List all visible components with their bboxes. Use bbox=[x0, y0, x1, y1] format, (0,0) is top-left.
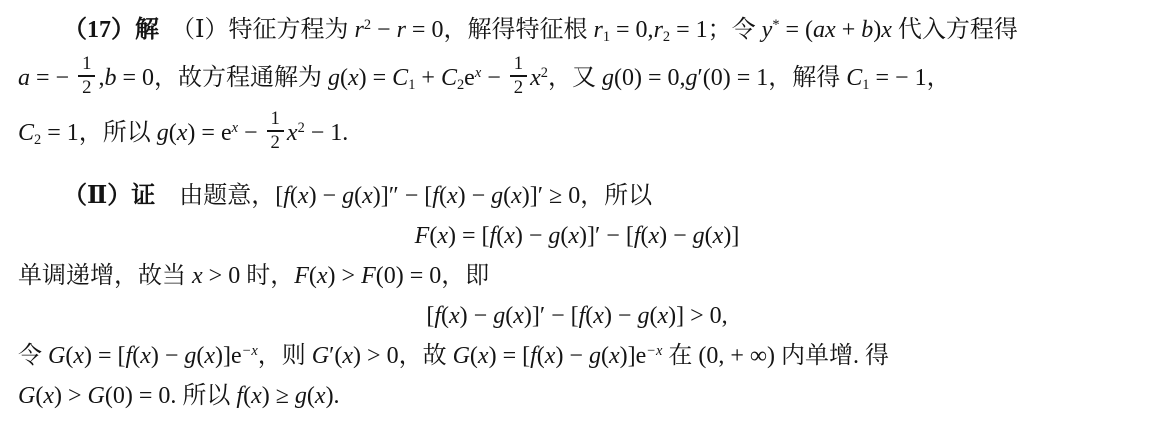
math-variable: C bbox=[846, 65, 862, 91]
math-text: ) > bbox=[54, 383, 88, 409]
fraction: 12 bbox=[78, 54, 95, 98]
part1-line-1: （17）解 （Ⅰ）特征方程为 r2 − r = 0，解得特征根 r1 = 0,r… bbox=[18, 10, 1136, 50]
math-text: ) = bbox=[359, 65, 393, 91]
math-variable: x bbox=[437, 223, 448, 249]
math-text: ( bbox=[132, 343, 140, 369]
math-text: )]′ − [ bbox=[524, 303, 579, 329]
math-text: (0) = 0 bbox=[376, 263, 442, 289]
math-variable: g bbox=[184, 343, 196, 369]
math-text: ( bbox=[537, 343, 545, 369]
math-text: ( bbox=[340, 65, 348, 91]
math-variable: x bbox=[251, 383, 262, 409]
math-variable: x bbox=[504, 223, 515, 249]
math-variable: x bbox=[511, 183, 522, 209]
math-variable: C bbox=[441, 65, 457, 91]
text: 由题意， bbox=[155, 183, 275, 209]
math-text: − bbox=[481, 65, 507, 91]
fraction: 12 bbox=[510, 54, 527, 98]
math-text: − bbox=[371, 17, 397, 43]
math-variable: G bbox=[48, 343, 65, 369]
math-variable: x bbox=[478, 343, 489, 369]
text: ，故 bbox=[399, 343, 453, 369]
superscript: x bbox=[232, 120, 238, 136]
part2-line-1: （Ⅱ）证 由题意，[f(x) − g(x)]″ − [f(x) − g(x)]′… bbox=[18, 176, 1136, 216]
document-body: （17）解 （Ⅰ）特征方程为 r2 − r = 0，解得特征根 r1 = 0,r… bbox=[18, 10, 1136, 416]
math-text: ( bbox=[169, 120, 177, 146]
math-variable: g bbox=[637, 303, 649, 329]
text: （Ⅰ）特征方程为 bbox=[159, 17, 354, 43]
math-variable: F bbox=[361, 263, 376, 289]
math-text: ) − bbox=[515, 223, 549, 249]
math-variable: x bbox=[204, 343, 215, 369]
subscript: 1 bbox=[862, 77, 869, 93]
math-variable: x bbox=[713, 223, 724, 249]
math-variable: b bbox=[861, 17, 873, 43]
math-text: ( bbox=[705, 223, 713, 249]
math-text: )] > 0, bbox=[668, 303, 728, 329]
math-variable: g bbox=[686, 65, 698, 91]
math-text: = 1 bbox=[670, 17, 708, 43]
math-variable: x bbox=[568, 223, 579, 249]
math-text: + bbox=[836, 17, 862, 43]
math-text: ( bbox=[496, 223, 504, 249]
math-variable: x bbox=[287, 120, 298, 146]
math-text: ( bbox=[354, 183, 362, 209]
math-text: ( bbox=[439, 183, 447, 209]
math-text: = 0 bbox=[116, 65, 154, 91]
math-variable: g bbox=[328, 65, 340, 91]
math-text: = ( bbox=[780, 17, 814, 43]
part1-line-3: C2 = 1，所以 g(x) = ex − 12x2 − 1. bbox=[18, 106, 1136, 160]
part2-line-4: G(x) > G(0) = 0. 所以 f(x) ≥ g(x). bbox=[18, 376, 1136, 416]
text: ，解得特征根 bbox=[443, 17, 593, 43]
math-text: (0, + ∞) bbox=[698, 343, 775, 369]
math-variable: r bbox=[354, 17, 363, 43]
fraction: 12 bbox=[267, 109, 284, 153]
math-text: )]′ − [ bbox=[579, 223, 634, 249]
superscript: x bbox=[475, 65, 481, 81]
math-variable: G bbox=[18, 383, 35, 409]
math-text: )] bbox=[723, 223, 739, 249]
math-variable: x bbox=[348, 65, 359, 91]
math-variable: x bbox=[298, 183, 309, 209]
text: ，即 bbox=[441, 263, 489, 289]
text: ，解得 bbox=[768, 65, 846, 91]
math-text: e bbox=[464, 65, 475, 91]
math-text: − 1. bbox=[305, 120, 349, 146]
math-variable: y bbox=[762, 17, 773, 43]
math-variable: g bbox=[548, 223, 560, 249]
math-text: = − bbox=[30, 65, 75, 91]
text: ，则 bbox=[258, 343, 312, 369]
math-text: = 0, bbox=[610, 17, 654, 43]
math-text: )]″ − [ bbox=[373, 183, 433, 209]
math-text: ( bbox=[470, 343, 478, 369]
math-variable: F bbox=[415, 223, 430, 249]
text: 在 bbox=[662, 343, 698, 369]
subscript: 1 bbox=[408, 77, 415, 93]
math-text: ). bbox=[326, 383, 340, 409]
text: ，所以 bbox=[79, 120, 157, 146]
math-text: ( bbox=[505, 303, 513, 329]
subscript: 1 bbox=[603, 29, 610, 45]
text: 时， bbox=[240, 263, 294, 289]
math-text: ( bbox=[601, 343, 609, 369]
math-text: ) − bbox=[309, 183, 343, 209]
superscript: 2 bbox=[541, 65, 548, 81]
text: ；令 bbox=[708, 17, 762, 43]
math-variable: x bbox=[513, 303, 524, 329]
math-variable: G bbox=[453, 343, 470, 369]
fraction-numerator: 1 bbox=[510, 54, 527, 77]
superscript: −x bbox=[242, 343, 258, 359]
text: ，又 bbox=[548, 65, 602, 91]
superscript: −x bbox=[646, 343, 662, 359]
math-variable: x bbox=[657, 303, 668, 329]
math-text: − bbox=[238, 120, 264, 146]
text: ，故方程通解为 bbox=[154, 65, 328, 91]
part1-line-2: a = − 12,b = 0，故方程通解为 g(x) = C1 + C2ex −… bbox=[18, 50, 1136, 106]
solution-document: （17）解 （Ⅰ）特征方程为 r2 − r = 0，解得特征根 r1 = 0,r… bbox=[0, 0, 1164, 422]
math-text: ( bbox=[309, 263, 317, 289]
math-variable: g bbox=[493, 303, 505, 329]
math-text: ) = [ bbox=[489, 343, 531, 369]
math-text: ) = [ bbox=[448, 223, 490, 249]
text: 所以 bbox=[182, 383, 236, 409]
text: 令 bbox=[18, 343, 48, 369]
math-text: = 0 bbox=[406, 17, 444, 43]
math-variable: g bbox=[491, 183, 503, 209]
math-text: (0) = 0. bbox=[105, 383, 183, 409]
math-variable: ax bbox=[813, 17, 836, 43]
math-variable: x bbox=[593, 303, 604, 329]
math-variable: x bbox=[342, 343, 353, 369]
part2-line-2: 单调递增，故当 x > 0 时，F(x) > F(0) = 0，即 bbox=[18, 256, 1136, 296]
math-variable: C bbox=[392, 65, 408, 91]
math-text: ( bbox=[441, 303, 449, 329]
math-text: ) − bbox=[460, 303, 494, 329]
subscript: 2 bbox=[663, 29, 670, 45]
math-variable: x bbox=[648, 223, 659, 249]
math-text: ) − bbox=[151, 343, 185, 369]
math-variable: g bbox=[693, 223, 705, 249]
math-variable: x bbox=[545, 343, 556, 369]
bold-label: （17）解 bbox=[63, 17, 159, 43]
math-variable: f bbox=[434, 303, 441, 329]
math-variable: G bbox=[88, 383, 105, 409]
math-variable: C bbox=[18, 120, 34, 146]
math-variable: x bbox=[315, 383, 326, 409]
math-text: ) − bbox=[659, 223, 693, 249]
math-variable: x bbox=[447, 183, 458, 209]
math-text: ) − bbox=[458, 183, 492, 209]
math-variable: G bbox=[312, 343, 329, 369]
fraction-numerator: 1 bbox=[78, 54, 95, 77]
math-text: ( bbox=[290, 183, 298, 209]
math-text: ) = e bbox=[187, 120, 231, 146]
math-variable: g bbox=[602, 65, 614, 91]
math-text: ) > 0 bbox=[353, 343, 399, 369]
math-variable: f bbox=[283, 183, 290, 209]
fraction-numerator: 1 bbox=[267, 109, 284, 132]
math-text: )]e bbox=[215, 343, 242, 369]
math-text: + bbox=[415, 65, 441, 91]
math-text: ( bbox=[503, 183, 511, 209]
math-variable: x bbox=[530, 65, 541, 91]
bold-label: （Ⅱ）证 bbox=[63, 183, 155, 209]
math-variable: x bbox=[73, 343, 84, 369]
math-text: ) ≥ bbox=[262, 383, 295, 409]
math-variable: F bbox=[294, 263, 309, 289]
math-variable: g bbox=[295, 383, 307, 409]
math-variable: r bbox=[593, 17, 602, 43]
math-text: )]′ ≥ 0 bbox=[522, 183, 580, 209]
text: 内单增. 得 bbox=[775, 343, 889, 369]
math-variable: x bbox=[362, 183, 373, 209]
math-text: ) − bbox=[555, 343, 589, 369]
math-variable: r bbox=[397, 17, 406, 43]
math-variable: g bbox=[589, 343, 601, 369]
part2-line-3: 令 G(x) = [f(x) − g(x)]e−x，则 G′(x) > 0，故 … bbox=[18, 336, 1136, 376]
superscript: 2 bbox=[298, 120, 305, 136]
display-equation-2: [f(x) − g(x)]′ − [f(x) − g(x)] > 0, bbox=[18, 296, 1136, 336]
math-text: ( bbox=[307, 383, 315, 409]
math-variable: f bbox=[432, 183, 439, 209]
math-variable: x bbox=[609, 343, 620, 369]
math-text: = 1 bbox=[41, 120, 79, 146]
math-text: )]e bbox=[620, 343, 647, 369]
math-variable: a bbox=[18, 65, 30, 91]
text: 单调递增，故当 bbox=[18, 263, 192, 289]
math-variable: g bbox=[342, 183, 354, 209]
math-variable: x bbox=[881, 17, 892, 43]
fraction-denominator: 2 bbox=[510, 77, 527, 98]
text: ，所以 bbox=[580, 183, 652, 209]
math-variable: r bbox=[654, 17, 663, 43]
math-text: = − 1， bbox=[870, 65, 951, 91]
math-variable: x bbox=[140, 343, 151, 369]
math-variable: x bbox=[192, 263, 203, 289]
display-equation-1: F(x) = [f(x) − g(x)]′ − [f(x) − g(x)] bbox=[18, 216, 1136, 256]
math-text: ( bbox=[243, 383, 251, 409]
fraction-denominator: 2 bbox=[267, 132, 284, 153]
math-text: ′(0) = 1 bbox=[698, 65, 769, 91]
math-text: ) − bbox=[604, 303, 638, 329]
math-variable: x bbox=[317, 263, 328, 289]
math-variable: x bbox=[449, 303, 460, 329]
subscript: 2 bbox=[34, 132, 41, 148]
subscript: 2 bbox=[457, 77, 464, 93]
math-variable: x bbox=[43, 383, 54, 409]
math-text: ) = [ bbox=[84, 343, 126, 369]
fraction-denominator: 2 bbox=[78, 77, 95, 98]
math-variable: g bbox=[157, 120, 169, 146]
superscript: * bbox=[772, 17, 779, 33]
math-text: > 0 bbox=[203, 263, 241, 289]
math-variable: b bbox=[104, 65, 116, 91]
math-text: (0) = 0, bbox=[614, 65, 686, 91]
text: 代入方程得 bbox=[892, 17, 1018, 43]
math-variable: x bbox=[177, 120, 188, 146]
math-text: ) > bbox=[328, 263, 362, 289]
math-text: ′( bbox=[329, 343, 342, 369]
superscript: 2 bbox=[364, 17, 371, 33]
math-variable: f bbox=[530, 343, 537, 369]
